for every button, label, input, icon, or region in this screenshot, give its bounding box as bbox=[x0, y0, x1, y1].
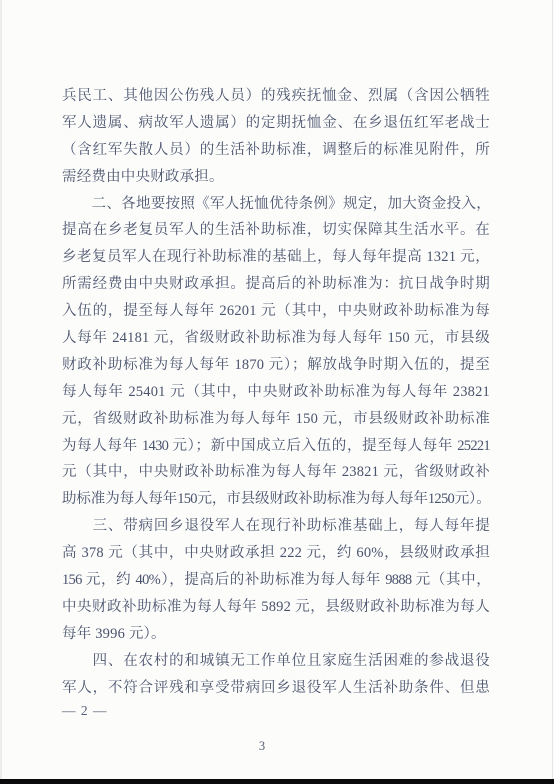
document-text-line: 高 378 元（其中，中央财政承担 222 元，约 60%，县级财政承担 bbox=[62, 540, 490, 567]
document-text-line: 入伍的，提至每人每年 26201 元（其中，中央财政补助标准为每 bbox=[62, 298, 490, 325]
document-text-line: 财政补助标准为每人每年 1870 元）；解放战争时期入伍的，提至 bbox=[62, 352, 490, 379]
document-text-line: 兵民工、其他因公伤残人员）的残疾抚恤金、烈属（含因公牺牲 bbox=[62, 83, 490, 110]
document-text-line: 每人每年 25401 元（其中，中央财政补助标准为每人每年 23821 bbox=[62, 379, 490, 406]
document-page-label: — 2 — bbox=[62, 703, 108, 719]
scan-left-edge bbox=[0, 0, 2, 784]
document-text-line: 人每年 24181 元，省级财政补助标准为每人每年 150 元，市县级 bbox=[62, 325, 490, 352]
document-text-line: 需经费由中央财政承担。 bbox=[62, 164, 490, 191]
document-text: 兵民工、其他因公伤残人员）的残疾抚恤金、烈属（含因公牺牲军人遗属、病故军人遗属）… bbox=[62, 83, 490, 701]
document-text-line: 提高在乡老复员军人的生活补助标准，切实保障其生活水平。在 bbox=[62, 217, 490, 244]
document-text-line: 二、各地要按照《军人抚恤优待条例》规定，加大资金投入， bbox=[62, 191, 490, 218]
document-text-line: 156 元，约 40%），提高后的补助标准为每人每年 9888 元（其中， bbox=[62, 567, 490, 594]
document-text-line: 助标准为每人每年150元，市县级财政补助标准为每人每年1250元）。 bbox=[62, 486, 490, 513]
document-text-line: 乡老复员军人在现行补助标准的基础上，每人每年提高 1321 元， bbox=[62, 244, 490, 271]
document-text-line: 中央财政补助标准为每人每年 5892 元，县级财政补助标准为每人 bbox=[62, 594, 490, 621]
document-text-line: （含红军失散人员）的生活补助标准，调整后的标准见附件，所 bbox=[62, 137, 490, 164]
document-text-line: 元，省级财政补助标准为每人每年 150 元，市县级财政补助标准 bbox=[62, 406, 490, 433]
document-text-line: 军人遗属、病故军人遗属）的定期抚恤金、在乡退伍红军老战士 bbox=[62, 110, 490, 137]
document-text-line: 元（其中，中央财政补助标准为每人每年 23821 元，省级财政补 bbox=[62, 459, 490, 486]
scan-page-number: 3 bbox=[255, 739, 269, 754]
document-text-line: 军人，不符合评残和享受带病回乡退役军人生活补助条件、但患 bbox=[62, 675, 490, 702]
document-text-line: 所需经费由中央财政承担。提高后的补助标准为：抗日战争时期 bbox=[62, 271, 490, 298]
document-text-line: 三、带病回乡退役军人在现行补助标准基础上，每人每年提 bbox=[62, 513, 490, 540]
scanner-bar bbox=[0, 779, 554, 784]
document-text-line: 每年 3996 元）。 bbox=[62, 621, 490, 648]
document-text-line: 四、在农村的和城镇无工作单位且家庭生活困难的参战退役 bbox=[62, 648, 490, 675]
document-text-line: 为每人每年 1430 元）；新中国成立后入伍的，提至每人每年 25221 bbox=[62, 433, 490, 460]
scan-right-edge bbox=[552, 0, 553, 784]
